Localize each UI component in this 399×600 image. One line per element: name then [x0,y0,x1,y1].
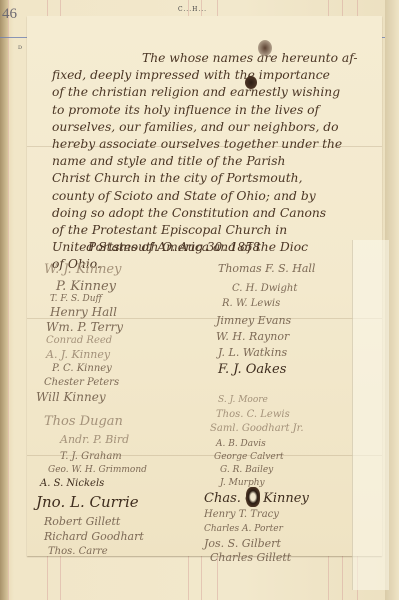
page-number: 46 [2,6,17,23]
body-line: fixed, deeply impressed with the importa… [52,67,368,84]
body-line: doing so adopt the Constitution and Cano… [52,205,368,222]
signature: Henry Hall [50,305,117,319]
signature: T. F. S. Duff [50,294,102,304]
body-line: to promote its holy influence in the liv… [52,102,368,119]
signature: Thos. C. Lewis [216,409,290,420]
signature: Will Kinney [36,390,106,404]
burn-hole [246,487,260,507]
signature: Wm. P. Terry [46,320,123,334]
body-line: county of Scioto and State of Ohio; and … [52,188,368,205]
signature: Andr. P. Bird [60,433,129,446]
signature: R. W. Lewis [222,298,280,309]
ledger-header-title: C...H... [178,6,207,13]
body-line: name and style and title of the Parish [52,153,368,170]
body-line: ourselves, our families, and our neighbo… [52,119,368,136]
signature: Robert Gillett [44,515,120,528]
signature: Richard Goodhart [44,530,144,543]
body-line: of the christian religion and earnestly … [52,84,368,101]
signature: Charles A. Porter [204,524,283,534]
signature: P. C. Kinney [52,363,112,374]
signature: Thos Dugan [44,414,123,429]
signature: Jno. L. Currie [36,493,139,511]
signature: T. J. Graham [60,451,122,462]
signature: G. R. Bailey [220,465,273,475]
signature: W. H. Raynor [216,330,289,343]
signature: Geo. W. H. Grimmond [48,465,147,475]
signature: P. Kinney [56,279,116,294]
signature: A. J. Kinney [46,348,110,361]
ledger-rule [8,0,9,600]
signature: Henry T. Tracy [204,509,279,520]
binding-edge [0,0,8,600]
signature: F. J. Oakes [218,362,286,377]
signature: Jos. S. Gilbert [204,537,281,550]
signature: C. H. Dwight [232,283,297,294]
signature: Thomas F. S. Hall [218,262,315,275]
signature: Jimney Evans [216,314,291,327]
tape-strip [352,240,389,590]
signature: A. B. Davis [216,439,266,449]
signature: George Calvert [214,452,284,462]
dateline: Portsmouth O. Aug 30. 1858 [88,240,260,254]
signature: Conrad Reed [46,335,112,346]
ledger-column-header: D [18,45,22,51]
signature: W. J. Kinney [44,262,121,277]
body-line: The whose names are hereunto af- [52,50,368,67]
signature: Chester Peters [44,377,119,388]
body-line: Christ Church in the city of Portsmouth, [52,170,368,187]
signature: Thos. Carre [48,546,108,557]
signature: Charles Gillett [210,551,291,564]
signature: A. S. Nickels [40,478,104,489]
signature: J. L. Watkins [218,346,287,359]
body-line: hereby associate ourselves together unde… [52,136,368,153]
signature: J. Murphy [220,478,265,488]
signature: S. J. Moore [218,395,268,405]
signature: Saml. Goodhart Jr. [210,423,304,434]
body-line: of the Protestant Episcopal Church in [52,222,368,239]
